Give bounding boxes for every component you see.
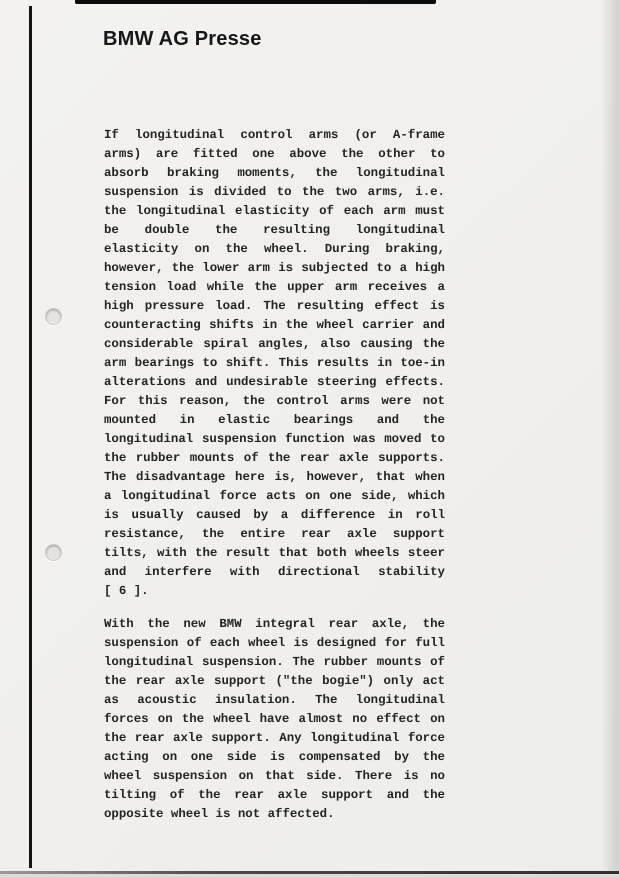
- text-line: longitudinal suspension function was mov…: [104, 430, 445, 449]
- text-line: high pressure load. The resulting effect…: [104, 297, 445, 316]
- text-line: as acoustic insulation. The longitudinal: [104, 691, 445, 710]
- text-line: opposite wheel is not affected.: [104, 805, 445, 824]
- text-line: resistance, the entire rear axle support: [104, 525, 445, 544]
- text-line: tilts, with the result that both wheels …: [104, 544, 445, 563]
- text-line: and interfere with directional stability: [104, 563, 445, 582]
- body-text: If longitudinal control arms (or A-frame…: [104, 126, 445, 838]
- text-line: forces on the wheel have almost no effec…: [104, 710, 445, 729]
- text-line: considerable spiral angles, also causing…: [104, 335, 445, 354]
- text-line: suspension is divided to the two arms, i…: [104, 183, 445, 202]
- text-line: the longitudinal elasticity of each arm …: [104, 202, 445, 221]
- text-line: absorb braking moments, the longitudinal: [104, 164, 445, 183]
- text-line: suspension of each wheel is designed for…: [104, 634, 445, 653]
- text-line: be double the resulting longitudinal: [104, 221, 445, 240]
- text-line: the rubber mounts of the rear axle suppo…: [104, 449, 445, 468]
- text-line: acting on one side is compensated by the: [104, 748, 445, 767]
- text-line: [ 6 ].: [104, 582, 445, 601]
- text-line: the rear axle support ("the bogie") only…: [104, 672, 445, 691]
- paragraph-1: If longitudinal control arms (or A-frame…: [104, 126, 445, 601]
- paragraph-2: With the new BMW integral rear axle, the…: [104, 615, 445, 824]
- text-line: mounted in elastic bearings and the: [104, 411, 445, 430]
- hole-punch-bottom: [45, 544, 62, 561]
- page-title: BMW AG Presse: [103, 28, 262, 51]
- text-line: tilting of the rear axle support and the: [104, 786, 445, 805]
- hole-punch-top: [45, 308, 62, 325]
- scan-left-edge-line: [29, 6, 32, 868]
- scanned-press-release-page: BMW AG Presse If longitudinal control ar…: [0, 0, 619, 877]
- text-line: counteracting shifts in the wheel carrie…: [104, 316, 445, 335]
- text-line: wheel suspension on that side. There is …: [104, 767, 445, 786]
- text-line: a longitudinal force acts on one side, w…: [104, 487, 445, 506]
- text-line: For this reason, the control arms were n…: [104, 392, 445, 411]
- scan-top-edge-line: [75, 0, 436, 4]
- text-line: longitudinal suspension. The rubber moun…: [104, 653, 445, 672]
- text-line: The disadvantage here is, however, that …: [104, 468, 445, 487]
- text-line: arms) are fitted one above the other to: [104, 145, 445, 164]
- text-line: tension load while the upper arm receive…: [104, 278, 445, 297]
- text-line: alterations and undesirable steering eff…: [104, 373, 445, 392]
- text-line: With the new BMW integral rear axle, the: [104, 615, 445, 634]
- text-line: is usually caused by a difference in rol…: [104, 506, 445, 525]
- text-line: however, the lower arm is subjected to a…: [104, 259, 445, 278]
- text-line: If longitudinal control arms (or A-frame: [104, 126, 445, 145]
- page-right-edge-shadow: [601, 0, 619, 877]
- text-line: the rear axle support. Any longitudinal …: [104, 729, 445, 748]
- text-line: elasticity on the wheel. During braking,: [104, 240, 445, 259]
- text-line: arm bearings to shift. This results in t…: [104, 354, 445, 373]
